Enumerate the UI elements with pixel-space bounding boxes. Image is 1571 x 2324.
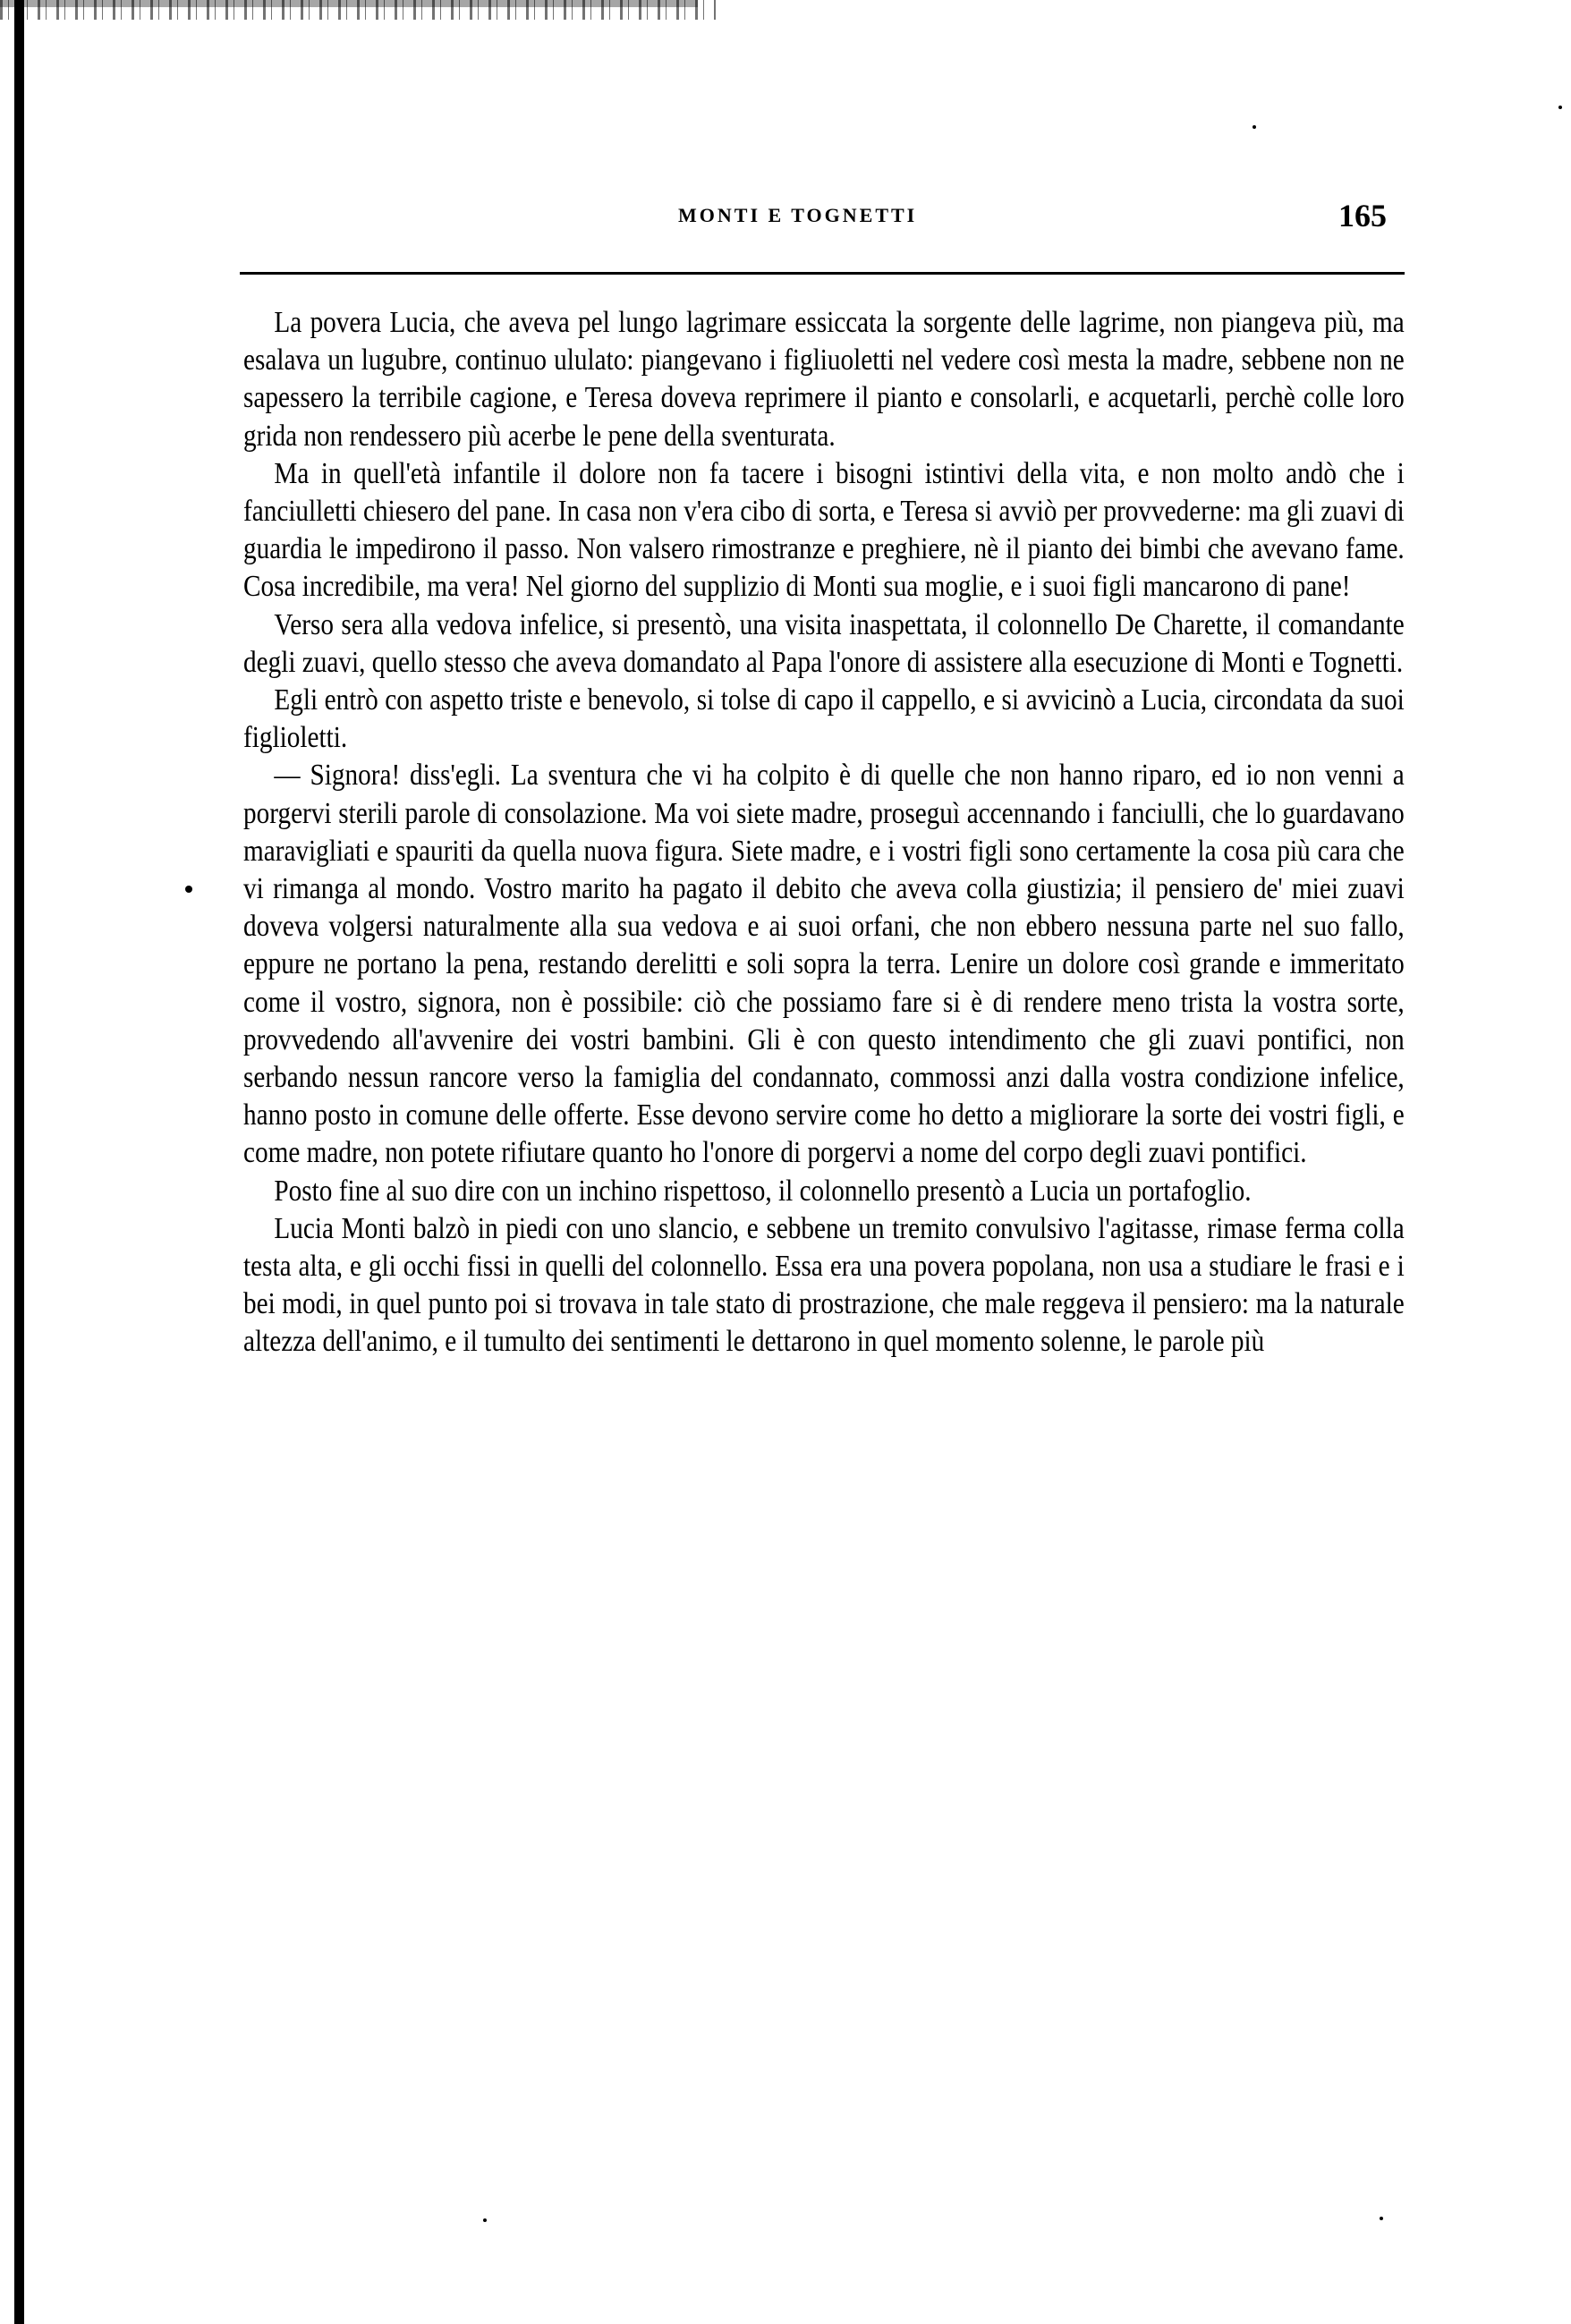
header-rule [240,272,1405,275]
page-binding-edge [14,0,24,2324]
paragraph: Egli entrò con aspetto triste e benevolo… [243,682,1405,757]
paragraph: — Signora! diss'egli. La sventura che vi… [243,757,1405,1172]
paragraph: Lucia Monti balzò in piedi con uno slanc… [243,1210,1405,1361]
scan-speck [1380,2217,1383,2220]
paragraph: Ma in quell'età infantile il dolore non … [243,455,1405,606]
scan-speck [483,2218,487,2222]
paragraph: La povera Lucia, che aveva pel lungo lag… [243,304,1405,455]
scan-noise-top [0,0,716,20]
margin-mark [185,886,192,893]
scan-speck [1558,106,1562,109]
running-title: MONTI E TOGNETTI [678,204,917,227]
body-text: La povera Lucia, che aveva pel lungo lag… [243,304,1405,1361]
scan-speck [1253,125,1256,129]
paragraph: Verso sera alla vedova infelice, si pres… [243,606,1405,682]
page-number: 165 [1338,197,1387,234]
paragraph: Posto fine al suo dire con un inchino ri… [243,1173,1405,1210]
running-head: MONTI E TOGNETTI 165 [240,199,1405,234]
